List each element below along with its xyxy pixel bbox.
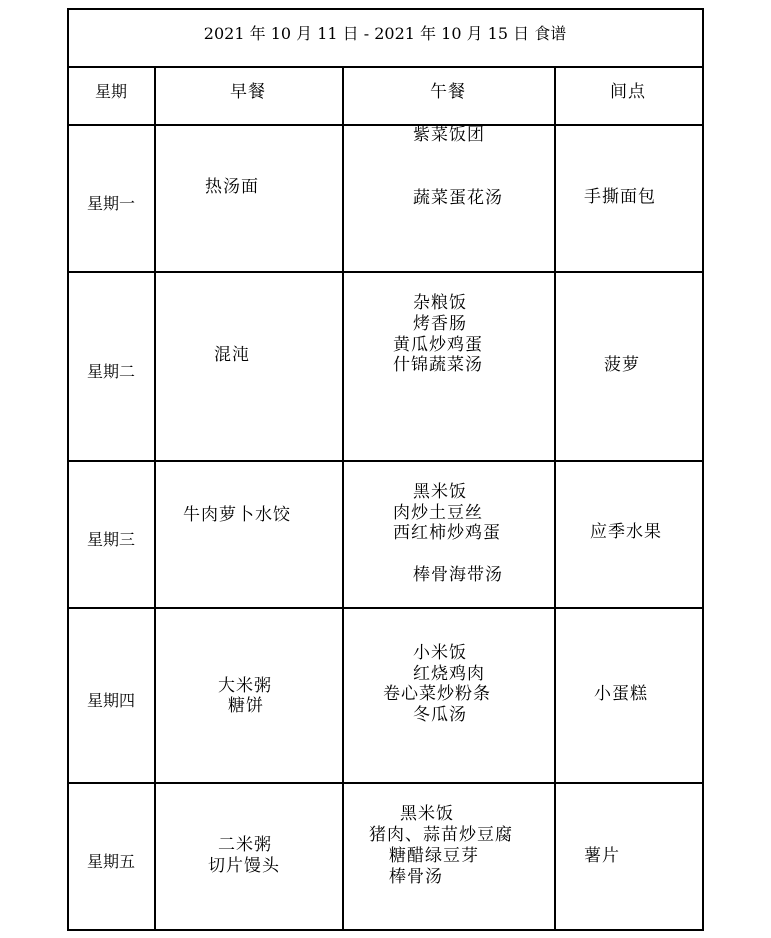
row-day-wednesday: 星期三 bbox=[87, 530, 135, 550]
breakfast-item: 二米粥 bbox=[218, 835, 272, 855]
snack-item: 手撕面包 bbox=[584, 187, 656, 207]
row-day-friday: 星期五 bbox=[87, 852, 135, 872]
header-snack: 间点 bbox=[610, 82, 646, 102]
lunch-item: 卷心菜炒粉条 bbox=[383, 684, 491, 704]
breakfast-item: 糖饼 bbox=[228, 696, 264, 716]
lunch-item: 红烧鸡肉 bbox=[413, 664, 485, 684]
row-day-monday: 星期一 bbox=[87, 194, 135, 214]
snack-item: 菠萝 bbox=[604, 355, 640, 375]
breakfast-item: 热汤面 bbox=[205, 177, 259, 197]
lunch-item: 棒骨海带汤 bbox=[413, 565, 503, 585]
snack-item: 薯片 bbox=[584, 846, 620, 866]
snack-item: 小蛋糕 bbox=[594, 684, 648, 704]
breakfast-item: 大米粥 bbox=[218, 676, 272, 696]
lunch-item: 紫菜饭团 bbox=[413, 125, 485, 145]
lunch-item: 黑米饭 bbox=[400, 804, 454, 824]
row-day-tuesday: 星期二 bbox=[87, 362, 135, 382]
lunch-item: 肉炒土豆丝 bbox=[393, 503, 483, 523]
table-border-bottom bbox=[67, 929, 704, 931]
lunch-item: 黑米饭 bbox=[413, 482, 467, 502]
row-divider bbox=[67, 271, 704, 273]
lunch-item: 烤香肠 bbox=[413, 314, 467, 334]
row-divider bbox=[67, 460, 704, 462]
lunch-item: 小米饭 bbox=[413, 643, 467, 663]
lunch-item: 猪肉、蒜苗炒豆腐 bbox=[369, 825, 513, 845]
breakfast-item: 切片馒头 bbox=[208, 856, 280, 876]
header-breakfast: 早餐 bbox=[230, 82, 266, 102]
row-day-thursday: 星期四 bbox=[87, 691, 135, 711]
column-divider bbox=[154, 66, 156, 931]
breakfast-item: 混沌 bbox=[214, 345, 250, 365]
lunch-item: 西红柿炒鸡蛋 bbox=[393, 523, 501, 543]
lunch-item: 蔬菜蛋花汤 bbox=[413, 188, 503, 208]
header-lunch: 午餐 bbox=[430, 82, 466, 102]
snack-item: 应季水果 bbox=[590, 522, 662, 542]
table-border-left bbox=[67, 8, 69, 931]
menu-title: 2021 年 10 月 11 日 - 2021 年 10 月 15 日 食谱 bbox=[204, 24, 566, 44]
column-divider bbox=[554, 66, 556, 931]
header-weekday: 星期 bbox=[95, 82, 127, 102]
lunch-item: 糖醋绿豆芽 bbox=[389, 846, 479, 866]
row-divider bbox=[67, 124, 704, 126]
lunch-item: 棒骨汤 bbox=[389, 867, 443, 887]
table-border-top bbox=[67, 8, 704, 10]
lunch-item: 杂粮饭 bbox=[413, 293, 467, 313]
lunch-item: 黄瓜炒鸡蛋 bbox=[393, 335, 483, 355]
breakfast-item: 牛肉萝卜水饺 bbox=[183, 505, 291, 525]
lunch-item: 冬瓜汤 bbox=[413, 705, 467, 725]
table-border-right bbox=[702, 8, 704, 931]
row-divider bbox=[67, 66, 704, 68]
lunch-item: 什锦蔬菜汤 bbox=[393, 355, 483, 375]
row-divider bbox=[67, 782, 704, 784]
column-divider bbox=[342, 66, 344, 931]
row-divider bbox=[67, 607, 704, 609]
